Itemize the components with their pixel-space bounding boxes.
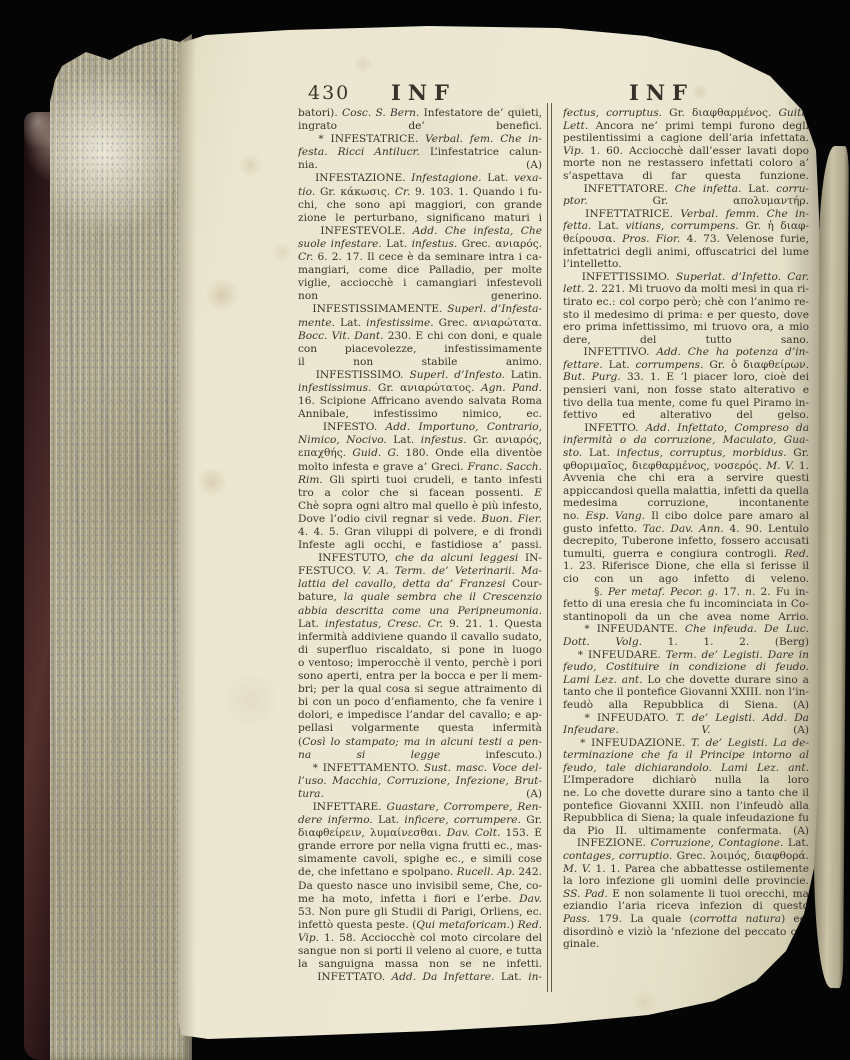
text-line: tumulti, guerra e congiura controgli. Re… [563, 548, 809, 561]
page-edges-texture [50, 28, 192, 1060]
text-line: θείρουσα. Pros. Fior. 4. 73. Velenose fu… [563, 233, 809, 246]
text-line: INFETTATRICE. Verbal. femm. Che in- [563, 208, 809, 221]
text-line: tirato ec.: col corpo però; chè con l’an… [563, 296, 809, 309]
text-line: mente. Lat. infestissime. Grec. ανιαρώτα… [298, 317, 542, 330]
text-line: 53. Non pure gli Studii di Parigi, Orlie… [298, 906, 542, 919]
text-line: fettare. Lat. corrumpens. Gr. ὁ διαφθείρ… [563, 359, 809, 372]
text-line: l’intelletto. [563, 258, 809, 271]
text-line: la sanguigna massa non se ne infetti. [298, 958, 542, 971]
text-line: zione le perturbano, significano maturi … [298, 212, 542, 225]
text-line: feudo, Costituire in condizione di feudo… [563, 661, 809, 674]
text-line: Chè sopra ogni altro mal quello è più in… [298, 500, 542, 513]
text-line: disordinò e viziò la ’nfezione del pecca… [563, 926, 809, 939]
text-line: bi con un poco d’enfiamento, che fa veni… [298, 696, 542, 709]
text-line: infermità o da corruzione, Maculato, Gua… [563, 434, 809, 447]
text-line: pensieri vani, non fosse stato alterativ… [563, 384, 809, 397]
text-line: pestilentissimi a cagione dell’aria infe… [563, 132, 809, 145]
text-line: contages, corruptio. Grec. λοιμός, διαφθ… [563, 850, 809, 863]
text-line: Lat. infestatus, Cresc. Cr. 9. 21. 1. Qu… [298, 618, 542, 631]
text-line: INFESTO. Add. Importuno, Contrario, [298, 421, 542, 434]
text-line: tio. Gr. κάκωσις. Cr. 9. 103. 1. Quando … [298, 186, 542, 199]
text-line: sangue non si porti il veleno al cuore, … [298, 945, 542, 958]
text-line: INFETTARE. Guastare, Corrompere, Ren- [298, 801, 542, 814]
text-line: sto il medesimo di prima: e per questo, … [563, 309, 809, 322]
text-line: l’uso. Macchia, Corruzione, Infezione, B… [298, 775, 542, 788]
text-line: fetta. Lat. vitians, corrumpens. Gr. ἡ δ… [563, 220, 809, 233]
text-line: cio con un ago infetto di veleno. [563, 573, 809, 586]
text-line: no. Esp. Vang. Il cibo dolce pare amaro … [563, 510, 809, 523]
running-head-right: INF [535, 80, 781, 105]
text-line: dere, del tutto sano. [563, 334, 809, 347]
text-line: Infeudare. V. (A) [563, 724, 809, 737]
text-line: Nimico, Nocivo. Lat. infestus. Gr. ανιαρ… [298, 434, 542, 447]
text-line: επαχθής. Guid. G. 180. Onde ella diventò… [298, 447, 542, 460]
text-line: lattia del cavallo, detta da’ Franzesi C… [298, 578, 542, 591]
text-line: feudò alla Repubblica di Siena. (A) [563, 699, 809, 712]
text-line: non generino. [298, 290, 542, 303]
text-line: terminazione che fa il Principe intorno … [563, 749, 809, 762]
text-line: infettatrici degli animi, offuscatrici d… [563, 246, 809, 259]
text-line: ingrato de’ benefici. [298, 120, 542, 133]
text-line: medesima corruzione, incontanente ammala… [563, 497, 809, 510]
text-line: Vip. 1. 58. Acciocchè col moto circolare… [298, 932, 542, 945]
text-line: Avvenia che chi era a servire questi amm… [563, 472, 809, 485]
text-line: INFESTAZIONE. Infestagione. Lat. vexa- [298, 172, 542, 185]
text-line: * INFEUDATO. T. de’ Legisti. Add. Da [563, 712, 809, 725]
text-line: na si legge infescuto.) [298, 749, 542, 762]
text-line: διαφθείρειν, λυμαίνεσθαι. Dav. Colt. 153… [298, 827, 542, 840]
running-head-left: INF [298, 80, 542, 105]
text-column-right: fectus, corruptus. Gr. διαφθαρμένος. Gui… [563, 107, 809, 951]
text-line: grande errore por nella vigna frutti ec.… [298, 840, 542, 853]
text-line: infettò questa peste. (Qui metaforicam.)… [298, 919, 542, 932]
text-line: pontefice Giovanni XXIII. non l’infeudò … [563, 800, 809, 813]
book-page: 430 INF INF batori). Cosc. S. Bern. Infe… [178, 26, 830, 1040]
text-line: ginale. [563, 938, 809, 951]
text-line: INFESTEVOLE. Add. Che infesta, Che [298, 225, 542, 238]
text-line: INFETTATORE. Che infetta. Lat. corru- [563, 183, 809, 196]
text-line: abbia descritta come una Peripneumonia. [298, 605, 542, 618]
text-line: tura. (A) [298, 788, 542, 801]
text-line: INFETTATO. Add. Da Infettare. Lat. in- [298, 971, 542, 984]
text-line: lett. 2. 221. Mi truovo da molti mesi in… [563, 283, 809, 296]
text-line: But. Purg. 33. 1. E ’l piacer loro, cioè… [563, 371, 809, 384]
text-line: con piacevolezze, infestissimamente comb… [298, 343, 542, 356]
text-line: Annibale, infestissimo nimico, ec. [298, 408, 542, 421]
text-line: * INFEUDAZIONE. T. de’ Legisti. La de- [563, 737, 809, 750]
text-line: §. Per metaf. Pecor. g. 17. n. 2. Fu in- [563, 586, 809, 599]
text-line: tanto che il pontefice Giovanni XXIII. n… [563, 686, 809, 699]
text-line: molto infesta e grave a’ Greci. Franc. S… [298, 461, 542, 474]
text-line: ptor. Gr. απολυμαντήρ. [563, 195, 809, 208]
text-line: Infeste agli occhi, e fastidiose a’ pass… [298, 539, 542, 552]
text-line: INFEZIONE. Corruzione, Contagione. Lat. [563, 837, 809, 850]
text-line: M. V. 1. 1. Parea che abbattesse ostilem… [563, 863, 809, 876]
text-line: feudo, tale dichiarandolo. Lami Lez. ant… [563, 762, 809, 775]
text-line: Da questo nasce uno invisibil seme, Che,… [298, 880, 542, 893]
text-line: sto. Lat. infectus, corruptus, morbidus.… [563, 447, 809, 460]
text-line: Dott. Volg. 1. 1. 2. (Berg) [563, 636, 809, 649]
text-line: batori). Cosc. S. Bern. Infestatore de’ … [298, 107, 542, 120]
text-line: 1. 23. Riferisce Dione, che ella si feri… [563, 560, 809, 573]
text-line: Dove l’odio civil regnar si vede. Buon. … [298, 513, 542, 526]
text-line: o ventoso; imperocchè il vento, perchè i… [298, 657, 542, 670]
text-line: Pass. 179. La quale (corrotta natura) ec… [563, 913, 809, 926]
scanned-book-photo: 430 INF INF batori). Cosc. S. Bern. Infe… [0, 0, 850, 1060]
text-line: s’aspettava di far questa funzione. [563, 170, 809, 183]
column-divider [547, 103, 552, 992]
text-line: fetto di una eresia che fu incominciata … [563, 598, 809, 611]
text-line: il non stabile animo. [298, 356, 542, 369]
text-line: viglie, acciocchè i camangiari infestevo… [298, 277, 542, 290]
text-line: chi, che sono api maggiori, con grande i… [298, 199, 542, 212]
text-line: me ha moto, infetta i fiori e l’erbe. Da… [298, 893, 542, 906]
text-line: Rim. Gli spirti tuoi crudeli, e tanto in… [298, 474, 542, 487]
text-line: sono aperti, entra per la bocca e per li… [298, 670, 542, 683]
text-line: bature, la quale sembra che il Crescenzi… [298, 591, 542, 604]
text-line: ne. Lo che dovette durare sino a tanto c… [563, 787, 809, 800]
text-line: bri; per la qual cosa si segue attraimen… [298, 683, 542, 696]
text-line: (Così lo stampato; ma in alcuni testi a … [298, 736, 542, 749]
text-line: INFESTISSIMO. Superl. d’Infesto. Latin. [298, 369, 542, 382]
text-line: morte non ne restassero infettati coloro… [563, 157, 809, 170]
text-line: INFESTUTO, che da alcuni leggesi IN- [298, 552, 542, 565]
text-line: di superfluo riscaldato, si pone in luog… [298, 644, 542, 657]
text-line: * INFETTAMENTO. Sust. masc. Voce del- [298, 762, 542, 775]
page-left-shadow [178, 26, 196, 1040]
text-line: L’Imperadore dichiarò nulla la loro infe… [563, 774, 809, 787]
text-line: dere infermo. Lat. inficere, corrumpere.… [298, 814, 542, 827]
text-line: infestissimus. Gr. ανιαρώτατος. Agn. Pan… [298, 382, 542, 395]
text-line: 4. 4. 5. Gran viluppi di polvere, e di f… [298, 526, 542, 539]
text-line: festa. Ricci Antilucr. L’infestatrice ca… [298, 146, 542, 159]
text-line: INFETTISSIMO. Superlat. d’Infetto. Car. [563, 271, 809, 284]
text-line: Repubblica di Siena; la quale infeudazio… [563, 812, 809, 825]
text-line: infermità addiviene quando il cavallo su… [298, 631, 542, 644]
text-line: * INFESTATRICE. Verbal. fem. Che in- [298, 133, 542, 146]
text-line: Cr. 6. 2. 17. Il cece è da seminare intr… [298, 251, 542, 264]
text-column-left: batori). Cosc. S. Bern. Infestatore de’ … [298, 107, 542, 984]
text-line: tivo della tua mente, come fu quel Piram… [563, 397, 809, 410]
text-line: nia. (A) [298, 159, 542, 172]
text-line: dolori, e impedisce l’andar del cavallo;… [298, 709, 542, 722]
text-line: Bocc. Vit. Dant. 230. E chi con doni, e … [298, 330, 542, 343]
text-line: INFETTIVO. Add. Che ha potenza d’in- [563, 346, 809, 359]
text-line: decrepito, Tuberone infetto, fossero acc… [563, 535, 809, 548]
text-line: Vip. 1. 60. Acciocchè dall’esser lavati … [563, 145, 809, 158]
text-line: fettivo ed alterativo del gelso. [563, 409, 809, 422]
text-line: FESTUCO. V. A. Term. de’ Veterinarii. Ma… [298, 565, 542, 578]
text-line: 16. Scipione Affricano avendo salvata Ro… [298, 395, 542, 408]
text-line: mangiari, come dice Palladio, per molte … [298, 264, 542, 277]
text-line: simamente cavoli, spighe ec., e simili c… [298, 853, 542, 866]
text-line: stantinopoli da un che avea nome Arrio. [563, 611, 809, 624]
text-line: de, che infettano e spolpano. Rucell. Ap… [298, 866, 542, 879]
text-line: appiccandosi quella malattia, infetti da… [563, 485, 809, 498]
text-line: Lett. Ancora ne’ primi tempi furono degl… [563, 120, 809, 133]
text-line: gusto infetto. Tac. Dav. Ann. 4. 90. Len… [563, 523, 809, 536]
text-line: la loro infezione gli uomini delle provi… [563, 875, 809, 888]
text-line: da Pio II. ultimamente confermata. (A) [563, 825, 809, 838]
text-line: eziandio l’aria riceva infezion di quest… [563, 900, 809, 913]
text-line: ero prima infettissimo, mi truovo ora, a… [563, 321, 809, 334]
text-line: Lami Lez. ant. Lo che dovette durare sin… [563, 674, 809, 687]
text-line: INFETTO. Add. Infettato, Compreso da [563, 422, 809, 435]
text-line: SS. Pad. E non solamente li tuoi orecchi… [563, 888, 809, 901]
text-line: φθοριμαῖος, διεφθαρμένος, νοσερός. M. V.… [563, 460, 809, 473]
text-line: fectus, corruptus. Gr. διαφθαρμένος. Gui… [563, 107, 809, 120]
text-line: INFESTISSIMAMENTE. Superl. d’Infesta- [298, 303, 542, 316]
text-line: suole infestare. Lat. infestus. Grec. αν… [298, 238, 542, 251]
text-line: * INFEUDANTE. Che infeuda. De Luc. [563, 623, 809, 636]
text-line: pellasi volgarmente questa infermità inf… [298, 722, 542, 735]
text-line: tro a color che si facean possenti. E ap… [298, 487, 542, 500]
text-line: * INFEUDARE. Term. de’ Legisti. Dare in [563, 649, 809, 662]
